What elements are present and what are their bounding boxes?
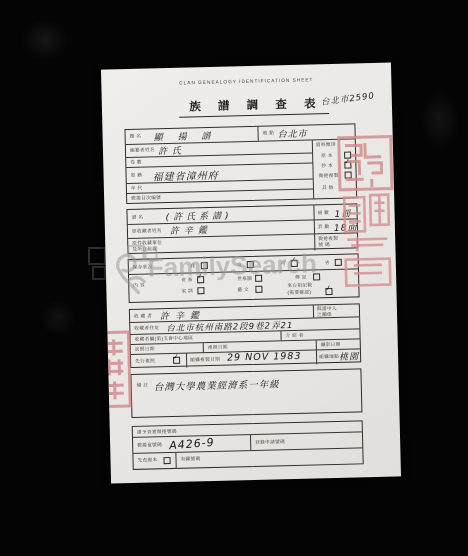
origin-value: 福建省漳州府 xyxy=(152,167,218,184)
basic-info-table: 題 名 顯 揚 譜 地 點 台北市 編纂者姓名 許 氏 卷 數 原 籍 福建 xyxy=(124,123,357,204)
remarks-value: 台灣大學農業經濟系一年級 xyxy=(154,376,280,393)
condition-label: 保存狀況 xyxy=(133,265,153,271)
checkbox-rules xyxy=(197,287,204,294)
prefilm-label: 先行複照 xyxy=(135,359,155,365)
condition-ok-label: 可 xyxy=(281,262,286,267)
cell-divider xyxy=(316,340,317,349)
red-seal-stamp-left xyxy=(101,329,133,410)
related-number-label: 有關號碼 xyxy=(180,457,200,463)
ward-center-label: 收藏者屬(第)支會中心地區 xyxy=(135,336,194,343)
condition-fair-label: 良 xyxy=(237,263,242,268)
film-place-value: 桃園 xyxy=(339,349,359,362)
cell-divider xyxy=(203,343,204,352)
condition-poor-label: 劣 xyxy=(325,261,330,266)
checkbox-prefilm: ✓ xyxy=(173,357,180,364)
checkbox-copy: ✓ xyxy=(344,162,351,169)
cell-divider xyxy=(313,205,314,219)
checkbox-chart xyxy=(255,275,262,282)
film-place-label: 縮攝地點 xyxy=(319,355,339,361)
volume-count-value: 1冊 xyxy=(334,207,351,220)
scanned-photo-background: CLAN GENEALOGY IDENTIFICATION SHEET 族 譜 … xyxy=(0,0,468,556)
checkbox-lineage: ✓ xyxy=(197,276,204,283)
contents-label: 內 容 xyxy=(133,283,145,289)
holder-value: 許辛鑑 xyxy=(160,308,205,322)
film-date-label: 攝影日期 xyxy=(321,343,341,349)
compiler-value: 許 氏 xyxy=(158,144,182,158)
cell-divider xyxy=(186,354,187,368)
condition-good-label: 佳 xyxy=(191,264,196,269)
remarks-box: 備 註 台灣大學農業經濟系一年級 xyxy=(130,368,362,418)
data-category-header: 資料類別 xyxy=(316,143,336,149)
source-info-table: 譜 名 (許氏系譜) 冊 數 1冊 原收藏者姓名 許辛鑑 頁 數 18面 原件收… xyxy=(126,203,358,254)
checkmark-icon: ✓ xyxy=(325,285,332,293)
cell-divider xyxy=(250,435,251,450)
registration-number-label: 登錄申請號碼 xyxy=(255,440,285,446)
checkmark-icon: ✓ xyxy=(344,158,351,166)
place-field-label: 地 點 xyxy=(263,131,275,137)
form-title: 族 譜 調 查 表 xyxy=(179,95,329,118)
contents-chart-label: 世系圖 xyxy=(237,277,252,283)
checkmark-icon: ✓ xyxy=(173,353,180,361)
remarks-label: 備 註 xyxy=(137,383,149,389)
film-number-table: 請予查實微捲號碼 微捲盒號碼 A426-9 登錄申請號碼 先查複本 有關號碼 xyxy=(132,420,364,470)
checkbox-duplicate xyxy=(163,457,170,464)
check-duplicate-label: 先查複本 xyxy=(138,458,158,464)
checkmark-icon: ✓ xyxy=(290,257,297,265)
volume-count-label: 冊 數 xyxy=(318,211,330,217)
film-copy-label-line2: 號 碼 xyxy=(318,243,330,249)
photocopy-date-label: 複照日期 xyxy=(208,345,228,351)
contents-confirm-label-line1: 來台祖記載 xyxy=(287,283,312,289)
cell-divider xyxy=(314,234,315,250)
checkmark-icon: ✓ xyxy=(197,273,204,281)
contents-confirm-label-line2: (需要確認) xyxy=(287,290,311,296)
place-field-value: 台北市 xyxy=(277,127,307,141)
cell-divider xyxy=(316,350,317,364)
compiler-label: 編纂者姓名 xyxy=(130,148,155,154)
cell-divider xyxy=(280,331,281,340)
watermark-square xyxy=(88,247,106,265)
checkbox-microfilm xyxy=(345,172,352,179)
table-row: 內 容 世 系 ✓ 世系圖 傳 記 家 訓 藝 文 來台祖記載 (需要確認) ✓ xyxy=(129,269,359,304)
watermark-square xyxy=(144,248,157,261)
film-box-number-value: A426-9 xyxy=(169,436,215,452)
origin-label: 原 籍 xyxy=(131,173,143,179)
checkbox-arts xyxy=(255,286,262,293)
checkbox-poor xyxy=(335,259,342,266)
cell-divider xyxy=(313,305,314,317)
page-count-label: 頁 數 xyxy=(318,225,330,231)
book-title-label: 譜 名 xyxy=(132,215,144,221)
category-microfilm-label: 微捲複製 xyxy=(319,174,339,180)
checkbox-confirm: ✓ xyxy=(325,288,332,295)
checkbox-fair xyxy=(247,261,254,268)
orig-holder-value: 許辛鑑 xyxy=(170,223,212,237)
background-smudge xyxy=(420,90,460,150)
orig-holder-label: 原收藏者姓名 xyxy=(132,229,162,235)
document-sheet: CLAN GENEALOGY IDENTIFICATION SHEET 族 譜 … xyxy=(101,63,401,484)
microfilm-index-label: 微捲目次編號 xyxy=(131,196,161,202)
page-count-value: 18面 xyxy=(334,220,358,234)
watermark-square xyxy=(92,266,106,280)
holder-address-label: 收藏者住址 xyxy=(134,326,159,332)
contents-rules-label: 家 訓 xyxy=(181,289,193,295)
checkbox-ok: ✓ xyxy=(291,260,298,267)
film-copy-label-line1: 微捲複製 xyxy=(318,237,338,243)
contents-arts-label: 藝 文 xyxy=(237,288,249,294)
checkbox-good xyxy=(201,262,208,269)
category-other-label: 其 他 xyxy=(322,186,334,192)
title-field-label: 題 名 xyxy=(130,134,142,140)
cell-divider xyxy=(314,220,315,233)
relation-label-line1: 與譜中人 xyxy=(317,307,337,313)
english-header: CLAN GENEALOGY IDENTIFICATION SHEET xyxy=(130,77,362,87)
introducer-label: 介 紹 者 xyxy=(285,333,303,339)
watermark-square xyxy=(127,245,144,262)
volumes-label: 卷 數 xyxy=(130,160,142,166)
visit-date-label: 訪問日期 xyxy=(135,347,155,353)
category-original-label: 原 本 xyxy=(321,154,333,160)
checkbox-biography xyxy=(313,273,320,280)
film-copy-date-value: 29 NOV 1983 xyxy=(227,351,302,364)
film-section-header: 請予查實微捲號碼 xyxy=(137,430,177,436)
film-box-number-label: 微捲盒號碼 xyxy=(137,443,162,449)
basic-left-rows: 編纂者姓名 許 氏 卷 數 原 籍 福建省漳州府 年 代 微捲目次編號 xyxy=(126,139,313,203)
background-smudge xyxy=(20,20,70,60)
contents-biography-label: 傳 記 xyxy=(295,275,307,281)
holder-label: 收 藏 者 xyxy=(134,314,152,320)
era-label: 年 代 xyxy=(131,186,143,192)
category-copy-label: 抄 本 xyxy=(321,164,333,170)
contents-lineage-label: 世 系 xyxy=(181,278,193,284)
data-category-column: 資料類別 原 本 抄 本 ✓ 微捲複製 其 他 xyxy=(312,138,356,198)
cell-divider xyxy=(175,453,176,468)
cell-divider xyxy=(257,127,258,141)
condition-table: 保存狀況 佳 良 可 ✓ 劣 內 容 世 系 ✓ 世系圖 傳 記 家 訓 xyxy=(128,253,360,303)
film-copy-date-label: 縮攝複製日期 xyxy=(190,358,220,364)
background-smudge xyxy=(40,300,76,336)
holder-table: 收 藏 者 許辛鑑 與譜中人 之關係 收藏者住址 台北市杭州南路2段9巷2弄21… xyxy=(129,303,361,368)
book-title-value: (許氏系譜) xyxy=(165,208,232,223)
